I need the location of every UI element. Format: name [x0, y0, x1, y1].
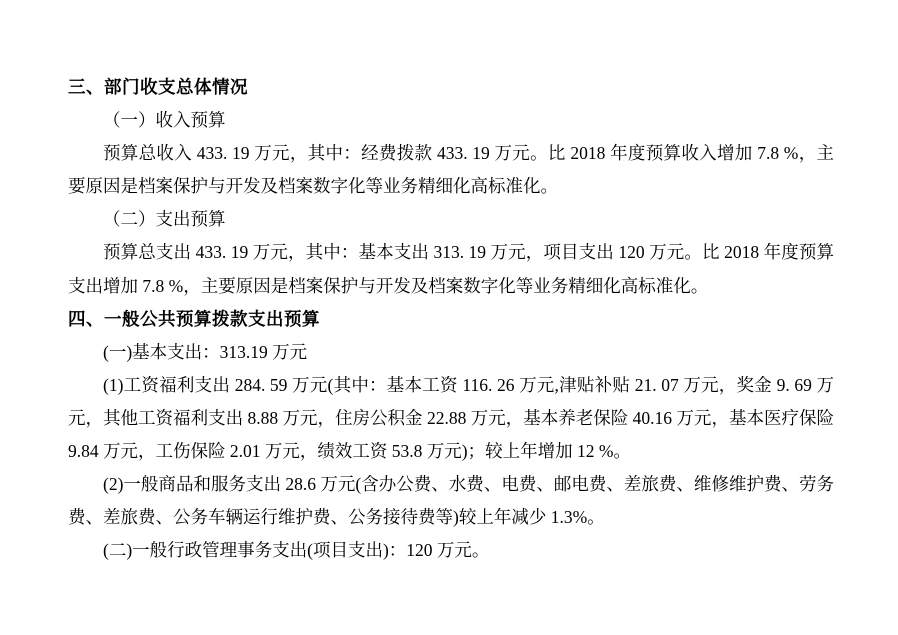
expense-budget-subheading: （二）支出预算	[68, 203, 834, 236]
salary-welfare-paragraph-line-3: 9.84 万元，工伤保险 2.01 万元，绩效工资 53.8 万元)；较上年增加…	[68, 435, 834, 468]
income-budget-paragraph-line-2: 要原因是档案保护与开发及档案数字化等业务精细化高标准化。	[68, 170, 834, 203]
expense-budget-paragraph-line-1: 预算总支出 433. 19 万元，其中：基本支出 313. 19 万元，项目支出…	[68, 236, 834, 269]
goods-services-paragraph-line-2: 费、差旅费、公务车辆运行维护费、公务接待费等)较上年减少 1.3%。	[68, 501, 834, 534]
document-body: 三、部门收支总体情况 （一）收入预算 预算总收入 433. 19 万元，其中：经…	[68, 71, 834, 567]
admin-affairs-expense-line: (二)一般行政管理事务支出(项目支出)：120 万元。	[68, 534, 834, 567]
income-budget-subheading: （一）收入预算	[68, 104, 834, 137]
salary-welfare-paragraph-line-1: (1)工资福利支出 284. 59 万元(其中：基本工资 116. 26 万元,…	[68, 369, 834, 402]
section-3-heading: 三、部门收支总体情况	[68, 71, 834, 104]
salary-welfare-paragraph-line-2: 元，其他工资福利支出 8.88 万元，住房公积金 22.88 万元，基本养老保险…	[68, 402, 834, 435]
expense-budget-paragraph-line-2: 支出增加 7.8 %，主要原因是档案保护与开发及档案数字化等业务精细化高标准化。	[68, 270, 834, 303]
goods-services-paragraph-line-1: (2)一般商品和服务支出 28.6 万元(含办公费、水费、电费、邮电费、差旅费、…	[68, 468, 834, 501]
section-4-heading: 四、一般公共预算拨款支出预算	[68, 303, 834, 336]
basic-expense-line: (一)基本支出：313.19 万元	[68, 336, 834, 369]
income-budget-paragraph-line-1: 预算总收入 433. 19 万元，其中：经费拨款 433. 19 万元。比 20…	[68, 137, 834, 170]
document-page: 三、部门收支总体情况 （一）收入预算 预算总收入 433. 19 万元，其中：经…	[0, 0, 898, 635]
